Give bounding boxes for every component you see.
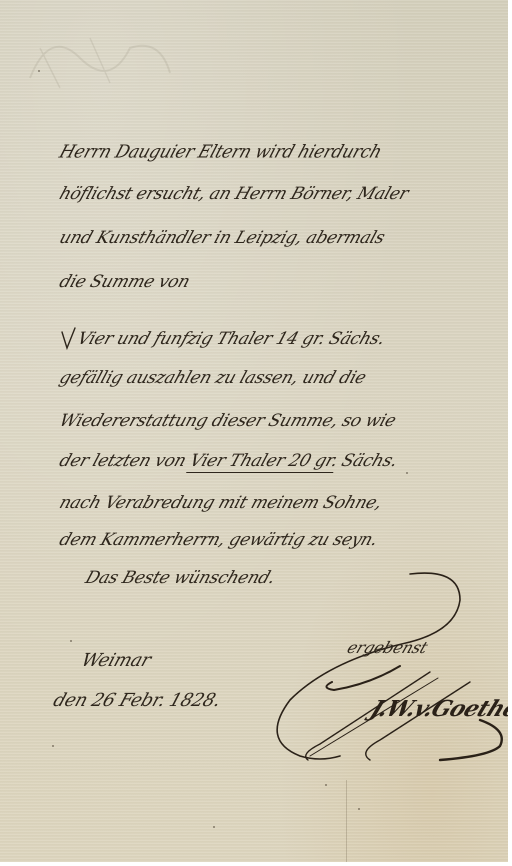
- signature: J.W.v.Goethe: [367, 696, 508, 722]
- letter-line-6: gefällig auszahlen zu lassen, und die: [57, 368, 369, 388]
- letter-line-11: Das Beste wünschend.: [83, 568, 278, 588]
- letter-line-4: die Summe von: [57, 272, 192, 292]
- paper-speck: [213, 826, 215, 828]
- paper-speck: [325, 784, 327, 786]
- underlined-amount: Vier Thaler 20 gr.: [187, 451, 341, 473]
- letter-line-3: und Kunsthändler in Leipzig, abermals: [57, 228, 387, 248]
- paper-speck: [38, 70, 40, 72]
- closing-word: ergebenst: [345, 638, 431, 657]
- watermark-mark: [20, 18, 180, 98]
- letter-date: den 26 Febr. 1828.: [51, 690, 224, 711]
- margin-check-icon: [60, 326, 76, 352]
- letter-line-5: Vier und funfzig Thaler 14 gr. Sächs.: [75, 329, 388, 349]
- paper-speck: [358, 808, 360, 810]
- paper-speck: [52, 745, 54, 747]
- paper-speck: [70, 640, 72, 642]
- letter-line-8-suffix: Sächs.: [339, 451, 400, 471]
- letter-place: Weimar: [79, 650, 154, 671]
- letter-line-2: höflichst ersucht, an Herrn Börner, Male…: [57, 184, 411, 204]
- letter-line-1: Herrn Dauguier Eltern wird hierdurch: [57, 142, 385, 163]
- letter-line-9: nach Verabredung mit meinem Sohne,: [57, 493, 385, 513]
- letter-page: Herrn Dauguier Eltern wird hierdurch höf…: [0, 0, 508, 862]
- letter-line-8: der letzten von Vier Thaler 20 gr. Sächs…: [57, 451, 400, 471]
- fold-crease: [346, 780, 347, 862]
- signature-flourish-icon: [260, 560, 508, 770]
- letter-line-7: Wiedererstattung dieser Summe, so wie: [57, 411, 399, 431]
- letter-line-10: dem Kammerherrn, gewärtig zu seyn.: [57, 530, 380, 550]
- letter-line-8-prefix: der letzten von: [57, 451, 189, 471]
- paper-speck: [406, 472, 408, 474]
